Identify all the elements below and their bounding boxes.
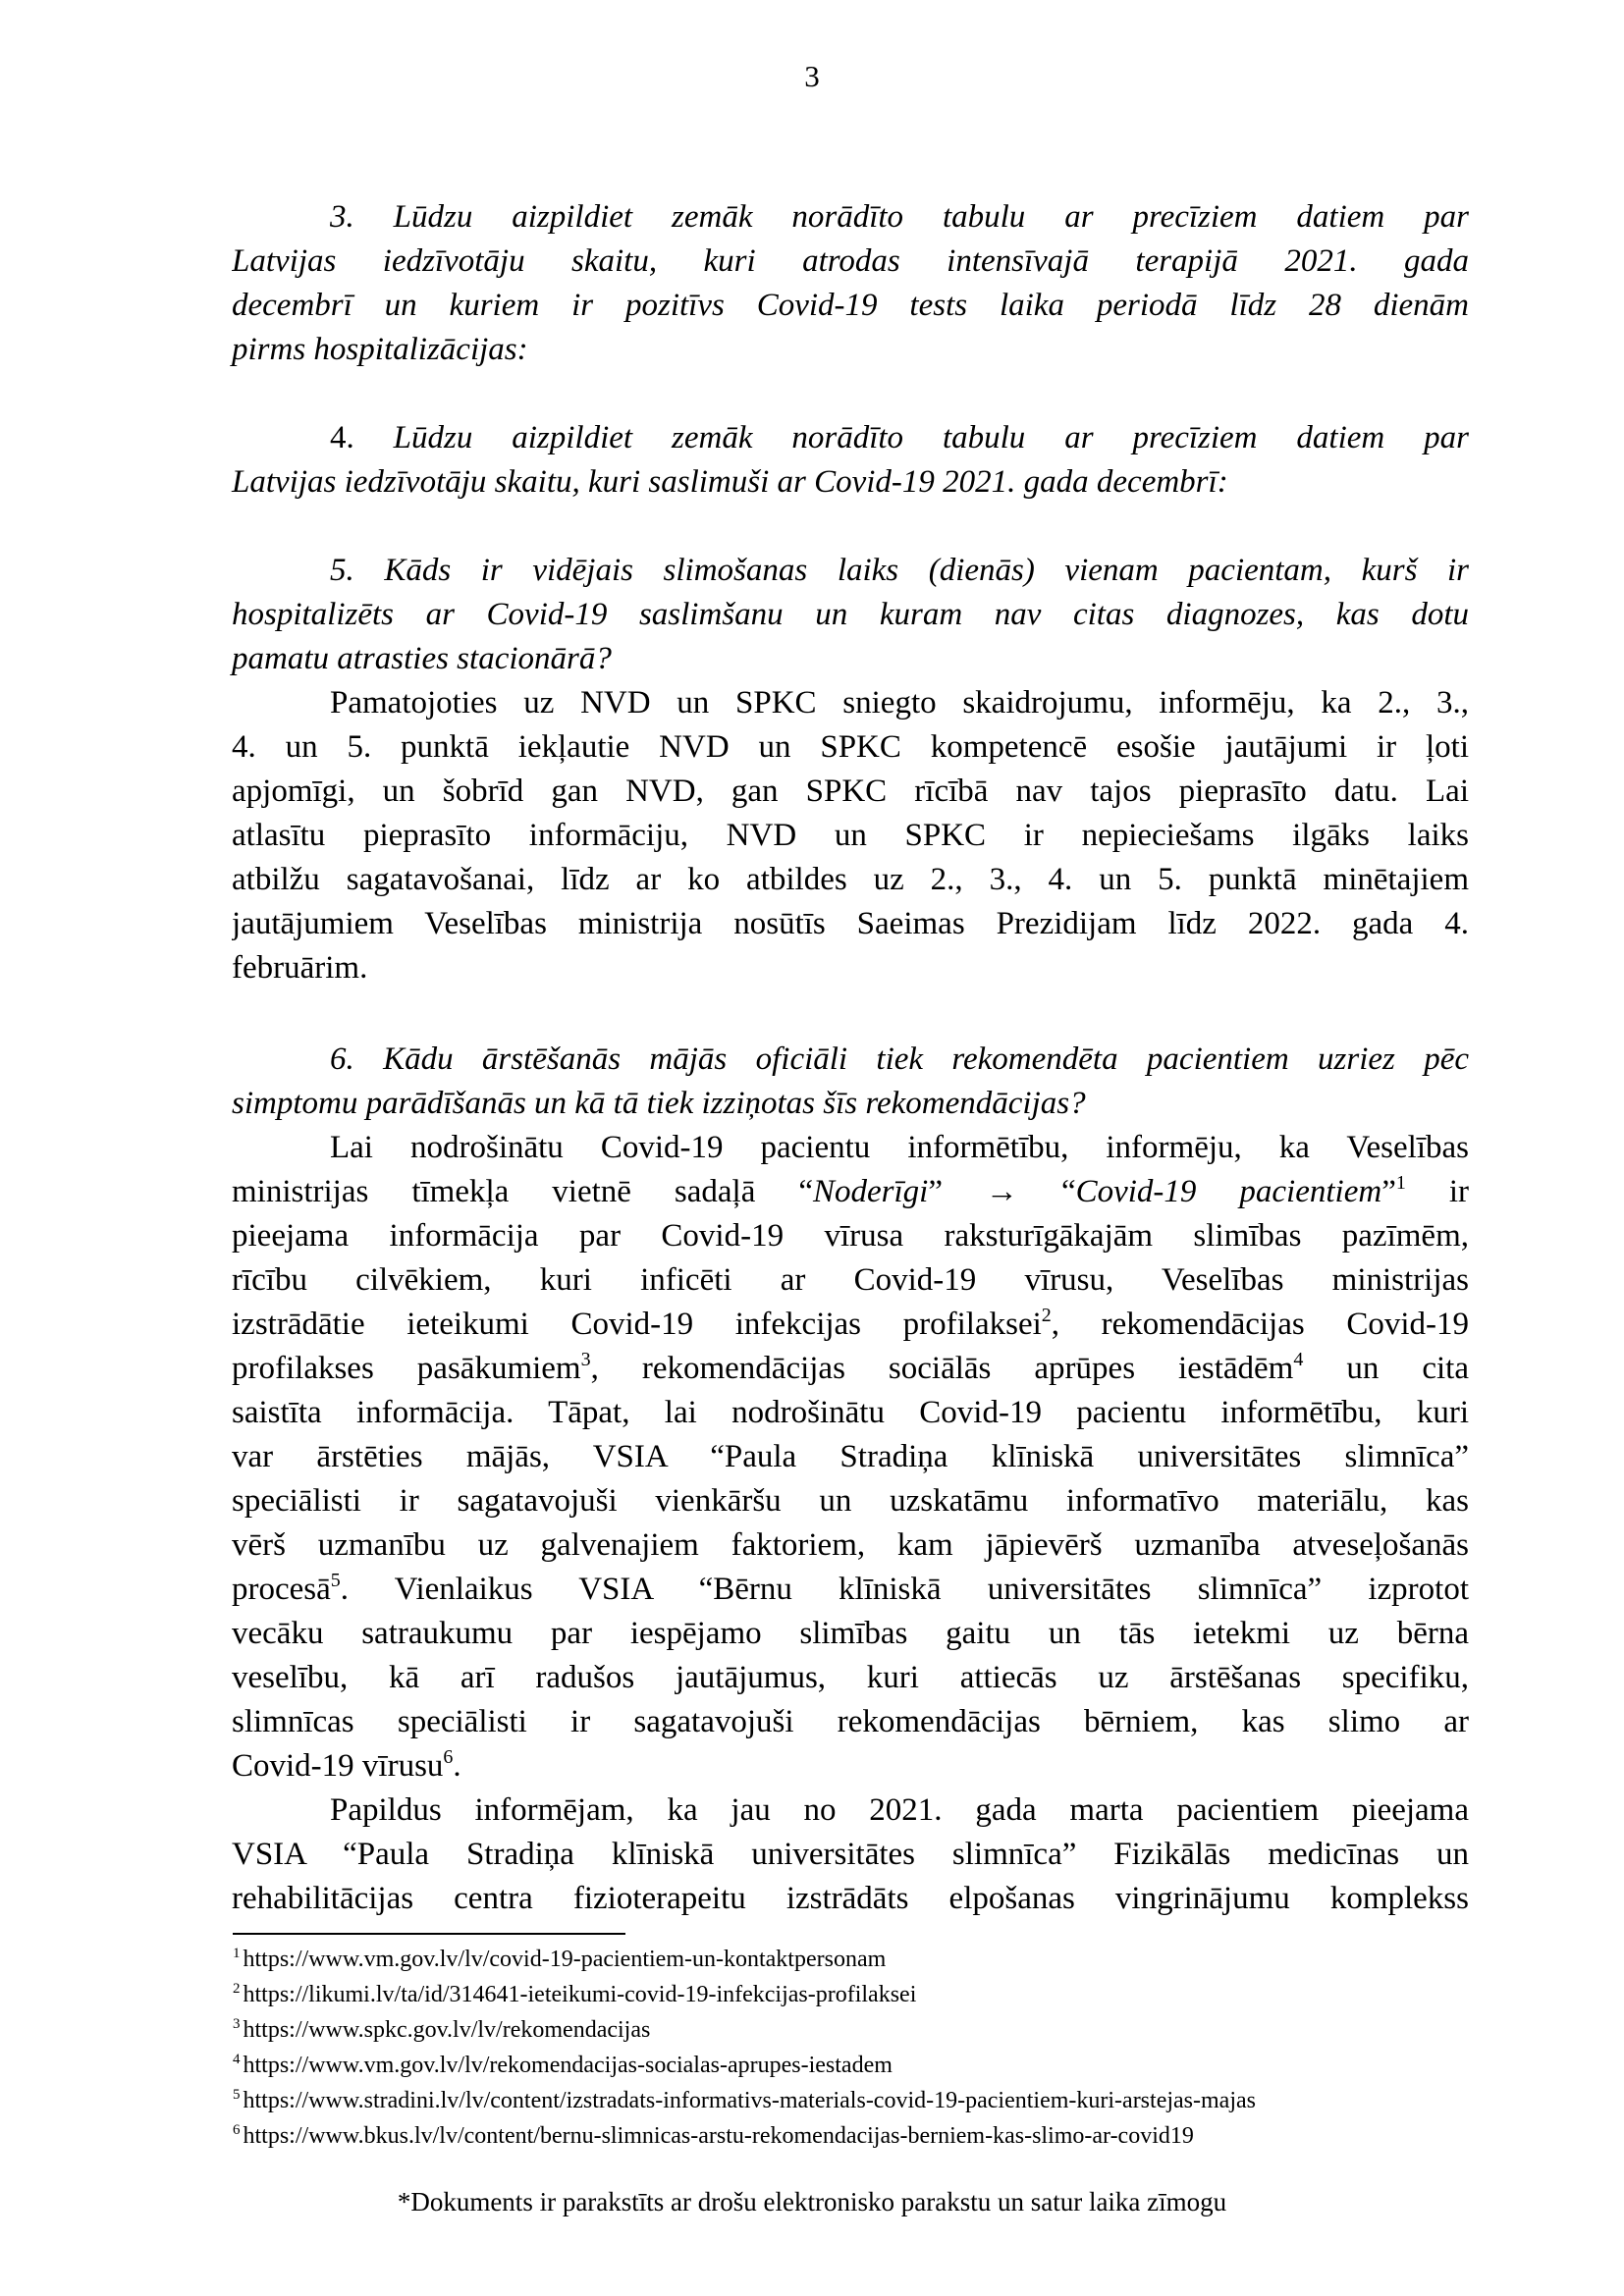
- text-fragment: . Vienlaikus VSIA “Bērnu klīniskā univer…: [341, 1572, 1469, 1607]
- text-fragment: ministrijas tīmekļa vietnē sadaļā “: [232, 1174, 813, 1209]
- question-4-number: 4.: [330, 420, 354, 455]
- answer-line: jautājumiem Veselības ministrija nosūtīs…: [232, 902, 1469, 946]
- answer-line: slimnīcas speciālisti ir sagatavojuši re…: [232, 1700, 1469, 1744]
- answer-line: izstrādātie ieteikumi Covid-19 infekcija…: [232, 1303, 1469, 1347]
- answer-line: Pamatojoties uz NVD un SPKC sniegto skai…: [330, 681, 1469, 725]
- footnote-divider: [233, 1933, 625, 1935]
- question-3-line: pirms hospitalizācijas:: [232, 328, 1469, 372]
- footnote-number: 3: [233, 2016, 241, 2032]
- question-6-line: simptomu parādīšanās un kā tā tiek izziņ…: [232, 1082, 1469, 1126]
- text-fragment: procesā: [232, 1572, 331, 1607]
- footnote-3: 3https://www.spkc.gov.lv/lv/rekomendacij…: [233, 2015, 650, 2045]
- arrow-separator: ” → “: [928, 1174, 1075, 1209]
- question-5-line: pamatu atrasties stacionārā?: [232, 637, 1469, 681]
- footnote-4: 4https://www.vm.gov.lv/lv/rekomendacijas…: [233, 2051, 893, 2080]
- question-4-text: Lūdzu aizpildiet zemāk norādīto tabulu a…: [394, 420, 1469, 455]
- question-4-line: Latvijas iedzīvotāju skaitu, kuri saslim…: [232, 460, 1469, 505]
- section-name-noderigi: Noderīgi: [813, 1174, 928, 1209]
- question-3-line: Latvijas iedzīvotāju skaitu, kuri atroda…: [232, 240, 1469, 284]
- answer-line: vecāku satraukumu par iespējamo slimības…: [232, 1612, 1469, 1656]
- footnote-ref[interactable]: 4: [1293, 1349, 1303, 1370]
- footnote-link[interactable]: https://likumi.lv/ta/id/314641-ieteikumi…: [244, 1982, 917, 2007]
- text-fragment: profilakses pasākumiem: [232, 1351, 581, 1386]
- question-3-line: decembrī un kuriem ir pozitīvs Covid-19 …: [232, 284, 1469, 328]
- question-5-line: 5. Kāds ir vidējais slimošanas laiks (di…: [330, 549, 1469, 593]
- answer-line: Papildus informējam, ka jau no 2021. gad…: [330, 1789, 1469, 1833]
- footnote-link[interactable]: https://www.bkus.lv/lv/content/bernu-sli…: [244, 2123, 1194, 2149]
- text-fragment: un cita: [1303, 1351, 1469, 1386]
- footnote-number: 4: [233, 2052, 241, 2067]
- answer-line: speciālisti ir sagatavojuši vienkāršu un…: [232, 1479, 1469, 1523]
- text-fragment: Covid-19 vīrusu: [232, 1748, 443, 1784]
- answer-line: atlasītu pieprasīto informāciju, NVD un …: [232, 814, 1469, 858]
- answer-line: pieejama informācija par Covid-19 vīrusa…: [232, 1214, 1469, 1258]
- text-fragment: .: [453, 1748, 460, 1784]
- question-3-line: 3. Lūdzu aizpildiet zemāk norādīto tabul…: [330, 195, 1469, 240]
- signature-note: *Dokuments ir parakstīts ar drošu elektr…: [0, 2185, 1624, 2218]
- answer-line: procesā5. Vienlaikus VSIA “Bērnu klīnisk…: [232, 1568, 1469, 1612]
- text-fragment: izstrādātie ieteikumi Covid-19 infekcija…: [232, 1307, 1042, 1342]
- answer-line: veselību, kā arī radušos jautājumus, kur…: [232, 1656, 1469, 1700]
- question-4-line: 4. Lūdzu aizpildiet zemāk norādīto tabul…: [330, 416, 1469, 460]
- answer-line: ministrijas tīmekļa vietnē sadaļā “Noder…: [232, 1170, 1469, 1214]
- footnote-ref[interactable]: 3: [581, 1349, 591, 1370]
- text-fragment: , rekomendācijas sociālās aprūpes iestād…: [591, 1351, 1294, 1386]
- answer-line: rīcību cilvēkiem, kuri inficēti ar Covid…: [232, 1258, 1469, 1303]
- footnote-2: 2https://likumi.lv/ta/id/314641-ieteikum…: [233, 1980, 916, 2009]
- answer-line: rehabilitācijas centra fizioterapeitu iz…: [232, 1877, 1469, 1921]
- footnote-link[interactable]: https://www.vm.gov.lv/lv/rekomendacijas-…: [244, 2053, 893, 2078]
- answer-line: Covid-19 vīrusu6.: [232, 1744, 1469, 1789]
- answer-line: 4. un 5. punktā iekļautie NVD un SPKC ko…: [232, 725, 1469, 770]
- question-6-line: 6. Kādu ārstēšanās mājās oficiāli tiek r…: [330, 1038, 1469, 1082]
- footnote-number: 5: [233, 2087, 241, 2103]
- footnote-number: 2: [233, 1981, 241, 1997]
- text-fragment: , rekomendācijas Covid-19: [1052, 1307, 1469, 1342]
- question-5-line: hospitalizēts ar Covid-19 saslimšanu un …: [232, 593, 1469, 637]
- answer-line: VSIA “Paula Stradiņa klīniskā universitā…: [232, 1833, 1469, 1877]
- footnote-link[interactable]: https://www.vm.gov.lv/lv/covid-19-pacien…: [244, 1947, 887, 1972]
- answer-line: vērš uzmanību uz galvenajiem faktoriem, …: [232, 1523, 1469, 1568]
- footnote-6: 6https://www.bkus.lv/lv/content/bernu-sl…: [233, 2121, 1194, 2151]
- footnote-ref[interactable]: 1: [1396, 1172, 1406, 1194]
- answer-line: apjomīgi, un šobrīd gan NVD, gan SPKC rī…: [232, 770, 1469, 814]
- footnote-number: 1: [233, 1946, 241, 1961]
- answer-line: Lai nodrošinātu Covid-19 pacientu inform…: [330, 1126, 1469, 1170]
- footnote-ref[interactable]: 2: [1042, 1305, 1052, 1326]
- answer-line: februārim.: [232, 946, 1469, 990]
- footnote-5: 5https://www.stradini.lv/lv/content/izst…: [233, 2086, 1256, 2115]
- footnote-ref[interactable]: 6: [443, 1746, 453, 1768]
- answer-line: atbilžu sagatavošanai, līdz ar ko atbild…: [232, 858, 1469, 902]
- text-fragment: ir: [1406, 1174, 1469, 1209]
- page-number: 3: [0, 59, 1624, 94]
- footnote-number: 6: [233, 2122, 241, 2138]
- footnote-1: 1https://www.vm.gov.lv/lv/covid-19-pacie…: [233, 1945, 886, 1974]
- footnote-link[interactable]: https://www.stradini.lv/lv/content/izstr…: [244, 2088, 1256, 2113]
- section-name-covid-patients: Covid-19 pacientiem: [1076, 1174, 1382, 1209]
- answer-line: profilakses pasākumiem3, rekomendācijas …: [232, 1347, 1469, 1391]
- answer-line: var ārstēties mājās, VSIA “Paula Stradiņ…: [232, 1435, 1469, 1479]
- footnote-link[interactable]: https://www.spkc.gov.lv/lv/rekomendacija…: [244, 2017, 651, 2043]
- footnote-ref[interactable]: 5: [331, 1570, 341, 1591]
- answer-line: saistīta informācija. Tāpat, lai nodroši…: [232, 1391, 1469, 1435]
- text-fragment: ”: [1381, 1174, 1396, 1209]
